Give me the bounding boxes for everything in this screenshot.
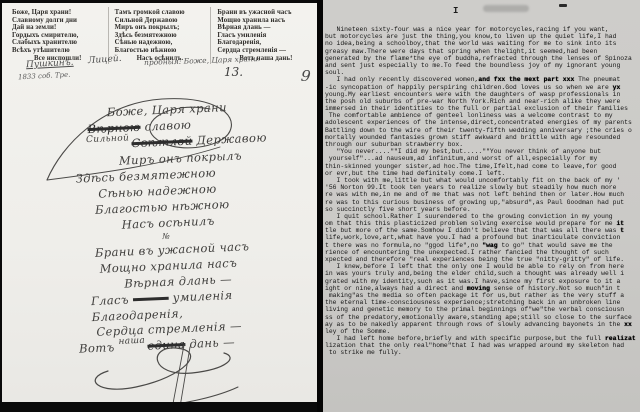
text-segment: t there was no formula,no "ggod life",no bbox=[325, 242, 482, 249]
text-segment: № bbox=[162, 232, 170, 241]
struck-out-text: едина bbox=[147, 337, 186, 353]
text-segment: but motorcycles are just the thing,you k… bbox=[325, 33, 616, 40]
text-segment: -ic syncopation of happily perspiring ch… bbox=[325, 84, 613, 91]
typescript-line: Nineteen sixty-four was a nice year for … bbox=[325, 26, 640, 33]
typescript-line: life,work,love,art,what have you.I had a… bbox=[325, 234, 640, 241]
typescript-line: no idea,being a schoolboy,that the world… bbox=[325, 40, 640, 47]
typescript-line: I had left home before,briefly and with … bbox=[325, 335, 640, 342]
smudge-mark bbox=[483, 5, 529, 12]
typescript-line: but motorcycles are just the thing,you k… bbox=[325, 33, 640, 40]
text-segment: the eternal time-consciousness experienc… bbox=[325, 299, 620, 306]
text-segment: re was with me,in me and of me that was … bbox=[325, 191, 624, 198]
dash-mark bbox=[559, 4, 567, 7]
text-segment: young.My earliest encounters were with t… bbox=[325, 91, 620, 98]
text-segment: making"as the media so often package it … bbox=[325, 292, 624, 299]
struck-out-text: ——— bbox=[133, 291, 169, 307]
text-segment: yourself"...ad nauseum,ad infinitum,and … bbox=[325, 155, 597, 162]
typescript-line: through our suburban strawberry box. bbox=[325, 141, 640, 148]
printed-anthem-line: Тамъ громкой славою bbox=[115, 9, 207, 17]
struck-out-text: and fxx the mext part xxx bbox=[478, 76, 574, 83]
text-segment: greasy maw.There were days that spring w… bbox=[325, 48, 597, 55]
typescript-line: ss of the predatory,emotionally aware,st… bbox=[325, 314, 640, 321]
struck-out-text: "wag bbox=[482, 242, 497, 249]
text-segment: Гласъ bbox=[91, 292, 134, 308]
printed-anthem-line: Здѣсь безмятежною bbox=[115, 32, 207, 40]
typescript-line: I quit school.Rather I suurendered to th… bbox=[325, 213, 640, 220]
text-segment: Боже, Царя храни bbox=[107, 100, 228, 119]
manuscript-paper: Боже, Царя храни!Славному долги дниДай н… bbox=[2, 3, 317, 402]
text-segment: thin-skinned younger sister,ad hoc.The t… bbox=[325, 163, 616, 170]
typescript-line: generated by the flame*the eye of buddha… bbox=[325, 55, 640, 62]
text-segment: xpected and therefore "real experiences … bbox=[325, 256, 624, 263]
handwriting-draft: Боже, Царя храниВѣрною славоюСильнойСвѣт… bbox=[11, 97, 312, 362]
typescript-line: re was to this curious business of growi… bbox=[325, 199, 640, 206]
typescript-line: -ic syncopation of happily perspiring ch… bbox=[325, 84, 640, 91]
text-segment: ight or nine,always had a direct and bbox=[325, 285, 467, 292]
text-segment: adolescent experiences of the intense,di… bbox=[325, 119, 632, 126]
text-segment: lization that the only real"home"that I … bbox=[325, 342, 624, 349]
typescript-line: mortally wounded fantasies grown stiff a… bbox=[325, 134, 640, 141]
text-segment: Сильной bbox=[86, 131, 130, 149]
text-segment: "You never....""I did my best,but.....""… bbox=[325, 148, 601, 155]
typescript-line: I took with me,little but what would unc… bbox=[325, 177, 640, 184]
printed-anthem-line: Вѣрная длань — bbox=[217, 24, 309, 32]
typescript-line: lization that the only real"home"that I … bbox=[325, 342, 640, 349]
struck-out-text: moving bbox=[467, 285, 490, 292]
text-segment: ss of the predatory,emotionally aware,st… bbox=[325, 314, 632, 321]
printed-anthem-line: Брани въ ужасной часъ bbox=[217, 9, 309, 17]
struck-out-text: it bbox=[616, 220, 624, 227]
text-segment: '56 Norton 99.It took ten years to reali… bbox=[325, 184, 616, 191]
text-segment: life,work,love,art,what have you.I had a… bbox=[325, 234, 620, 241]
text-segment: om that this this plasticized problem so… bbox=[325, 220, 616, 227]
text-segment: through our suburban strawberry box. bbox=[325, 141, 463, 148]
struck-out-text: t bbox=[620, 227, 624, 234]
printed-anthem-line: Гордыхъ смирителю, bbox=[12, 32, 104, 40]
annotation-source: 1833 соб. Тре. bbox=[18, 71, 71, 82]
text-segment: to strike me fully. bbox=[325, 349, 402, 356]
typescript-line: xpected and therefore "real experiences … bbox=[325, 256, 640, 263]
typescript-line: the posh old suburbs of pre-war North Yo… bbox=[325, 98, 640, 105]
printed-anthem-line: Благостью нѣжною bbox=[115, 47, 207, 55]
printed-anthem-line: Миръ онъ покрылъ; bbox=[115, 24, 207, 32]
typescript-line: ley of the Somme. bbox=[325, 328, 640, 335]
text-segment: no idea,being a schoolboy,that the world… bbox=[325, 40, 616, 47]
text-segment: tle but more of the same.Somhow I didn't… bbox=[325, 227, 620, 234]
text-segment: so succinctly five short years before. bbox=[325, 206, 471, 213]
text-segment: the posh old suburbs of pre-war North Yo… bbox=[325, 98, 620, 105]
text-segment: living and genetic memory to the primal … bbox=[325, 306, 624, 313]
typescript-line: thin-skinned younger sister,ad hoc.The t… bbox=[325, 163, 640, 170]
typescript-line: t there was no formula,no "ggod life",no… bbox=[325, 242, 640, 249]
text-segment: immersed in their identities to the full… bbox=[325, 105, 628, 112]
chapter-numeral: I bbox=[453, 6, 458, 16]
text-segment: Благодаренія, bbox=[91, 306, 183, 324]
text-segment: mortally wounded fantasies grown stiff a… bbox=[325, 134, 620, 141]
typescript-line: greasy maw.There were days that spring w… bbox=[325, 48, 640, 55]
printed-anthem-line: Благодаренія, bbox=[217, 39, 309, 47]
printed-anthem-line: Мощно хранила насъ bbox=[217, 17, 309, 25]
typescript-line: young.My earliest encounters were with t… bbox=[325, 91, 640, 98]
printed-anthem-line: Сѣнью надежною, bbox=[115, 39, 207, 47]
typescript-line: tle but more of the same.Somhow I didn't… bbox=[325, 227, 640, 234]
printed-anthem-line: Сильной Державою bbox=[115, 17, 207, 25]
typescript-line: so succinctly five short years before. bbox=[325, 206, 640, 213]
printed-anthem-line: Сердца стремленія — bbox=[217, 47, 309, 55]
text-segment: дань — bbox=[185, 335, 235, 351]
text-segment: умиленія bbox=[168, 288, 232, 305]
text-segment: Nineteen sixty-four was a nice year for … bbox=[325, 26, 609, 33]
typescript-line: making"as the media so often package it … bbox=[325, 292, 640, 299]
typescript-line: ight or nine,always had a direct and mov… bbox=[325, 285, 640, 292]
typescript-line: I knew,before I left that the only one I… bbox=[325, 263, 640, 270]
printed-anthem-line: Слабыхъ хранителю bbox=[12, 39, 104, 47]
printed-anthem-line: Гласъ умиленія bbox=[217, 32, 309, 40]
plate-number: 13. bbox=[224, 65, 243, 79]
typescript-line: to strike me fully. bbox=[325, 349, 640, 356]
text-segment: Державою bbox=[192, 130, 267, 147]
typescript-line: re was with me,in me and of me that was … bbox=[325, 191, 640, 198]
text-segment: I had left home before,briefly and with … bbox=[325, 335, 605, 342]
typescript-line: ay as to be nakedly apparent through row… bbox=[325, 321, 640, 328]
typescript-line: immersed in their identities to the full… bbox=[325, 105, 640, 112]
struck-out-text: Свѣтлой bbox=[131, 133, 193, 150]
text-segment: славою bbox=[140, 117, 191, 133]
text-segment: sense of history.Not so much"in t bbox=[490, 285, 620, 292]
page-number: 9 bbox=[300, 67, 311, 86]
text-segment: rience of encountering the unexpected.I … bbox=[325, 249, 609, 256]
typescript-line: The comfortable ambience of genteel lonl… bbox=[325, 112, 640, 119]
typescript-line: grated with my identity,such as it was.I… bbox=[325, 278, 640, 285]
text-segment: Battling down to the wire of their twent… bbox=[325, 127, 632, 134]
text-segment: grated with my identity,such as it was.I… bbox=[325, 278, 620, 285]
printed-anthem-line: Дай на земли! bbox=[12, 24, 104, 32]
typescript-line: or evr,but the time had definitely come.… bbox=[325, 170, 640, 177]
typescript-line: yourself"...ad nauseum,ad infinitum,and … bbox=[325, 155, 640, 162]
typescript-line: I had only recently discovered women,and… bbox=[325, 76, 640, 83]
typescript-text: Nineteen sixty-four was a nice year for … bbox=[325, 26, 640, 357]
text-segment: Насъ осѣнилъ bbox=[121, 213, 214, 231]
printed-anthem-block: Боже, Царя храни!Славному долги дниДай н… bbox=[6, 7, 313, 64]
annotation-label: Лицей. bbox=[88, 54, 122, 66]
text-segment: The pneumat bbox=[574, 76, 620, 83]
typescript-line: rience of encountering the unexpected.I … bbox=[325, 249, 640, 256]
printed-anthem-line: Славному долги дни bbox=[12, 17, 104, 25]
text-segment: re was to this curious business of growi… bbox=[325, 199, 624, 206]
printed-anthem-line: Всѣхъ утѣшителю bbox=[12, 47, 104, 55]
text-segment: and sent just especially to me.To feed t… bbox=[325, 62, 620, 69]
typescript-line: the eternal time-consciousness experienc… bbox=[325, 299, 640, 306]
text-segment: ley of the Somme. bbox=[325, 328, 390, 335]
text-segment: to go" that would save me the bbox=[498, 242, 613, 249]
text-segment: or evr,but the time had definitely come.… bbox=[325, 170, 505, 177]
text-segment: The comfortable ambience of genteel lonl… bbox=[325, 112, 613, 119]
printed-anthem-line: Боже, Царя храни! bbox=[12, 9, 104, 17]
text-segment: I quit school.Rather I suurendered to th… bbox=[325, 213, 613, 220]
typescript-line: adolescent experiences of the intense,di… bbox=[325, 119, 640, 126]
struck-out-text: yx bbox=[613, 84, 621, 91]
text-segment: Вотъ bbox=[79, 340, 119, 356]
text-segment: in was yours truly and,being the elder c… bbox=[325, 270, 624, 277]
text-segment: generated by the flame*the eye of buddha… bbox=[325, 55, 632, 62]
text-segment: наша bbox=[118, 334, 145, 351]
text-segment: I had only recently discovered women, bbox=[325, 76, 478, 83]
typescript-line: and sent just especially to me.To feed t… bbox=[325, 62, 640, 69]
archival-spread: Боже, Царя храни!Славному долги дниДай н… bbox=[0, 0, 640, 412]
manuscript-page-photo: Боже, Царя храни!Славному долги дниДай н… bbox=[0, 0, 322, 412]
typescript-line: '56 Norton 99.It took ten years to reali… bbox=[325, 184, 640, 191]
typescript-line: in was yours truly and,being the elder c… bbox=[325, 270, 640, 277]
struck-out-text: xx bbox=[624, 321, 632, 328]
typescript-page: I Nineteen sixty-four was a nice year fo… bbox=[323, 0, 640, 412]
typescript-line: "You never....""I did my best,but.....""… bbox=[325, 148, 640, 155]
typescript-line: living and genetic memory to the primal … bbox=[325, 306, 640, 313]
struck-out-text: realizat bbox=[605, 335, 636, 342]
text-segment: I took with me,little but what would unc… bbox=[325, 177, 620, 184]
typescript-line: Battling down to the wire of their twent… bbox=[325, 127, 640, 134]
text-segment: ay as to be nakedly apparent through row… bbox=[325, 321, 624, 328]
text-segment: I knew,before I left that the only one I… bbox=[325, 263, 624, 270]
annotation-attribution: Пушкинъ. bbox=[26, 58, 74, 70]
